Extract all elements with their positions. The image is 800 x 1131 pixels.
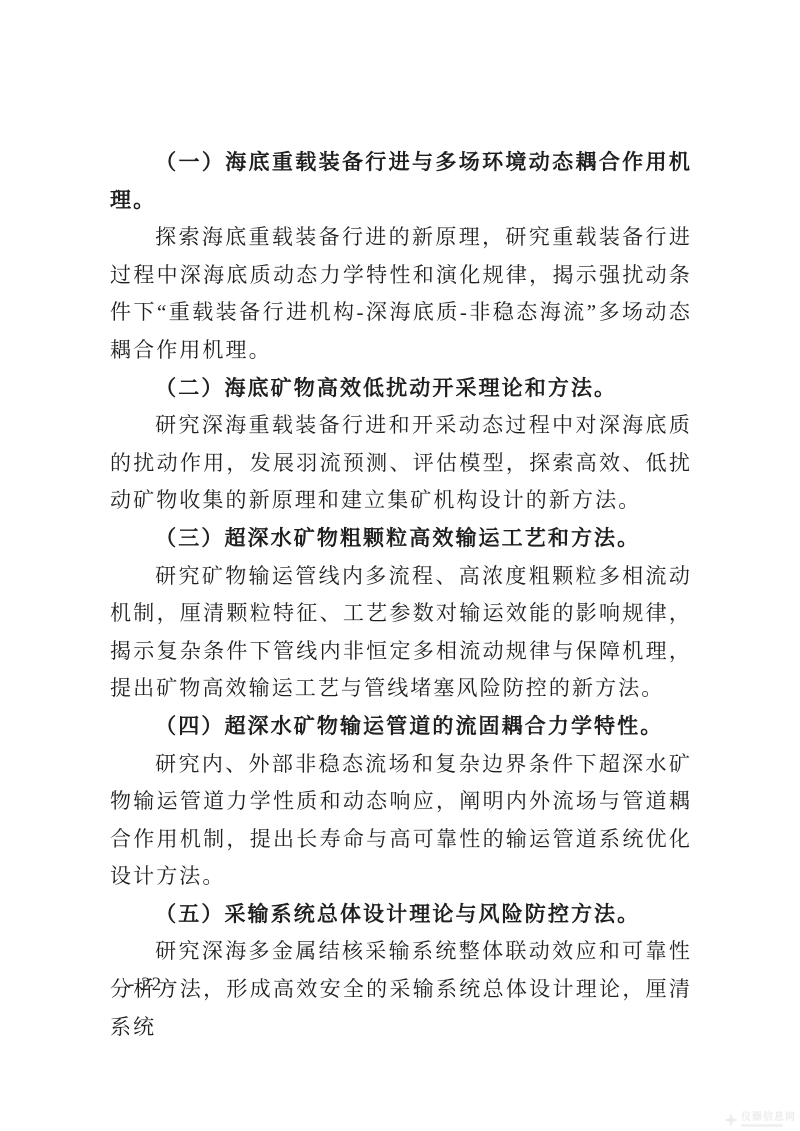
section-4-heading: （四）超深水矿物输运管道的流固耦合力学特性。 (110, 708, 692, 746)
section-2-body: 研究深海重载装备行进和开采动态过程中对深海底质的扰动作用，发展羽流预测、评估模型… (110, 407, 692, 520)
section-5-heading: （五）采输系统总体设计理论与风险防控方法。 (110, 896, 692, 934)
watermark-subline (741, 1124, 783, 1127)
section-1-heading: （一）海底重载装备行进与多场环境动态耦合作用机理。 (110, 144, 692, 219)
section-5-body: 研究深海多金属结核采输系统整体联动效应和可靠性分析方法，形成高效安全的采输系统总… (110, 933, 692, 1046)
section-2-heading: （二）海底矿物高效低扰动开采理论和方法。 (110, 370, 692, 408)
section-3-body: 研究矿物输运管线内多流程、高浓度粗颗粒多相流动机制，厘清颗粒特征、工艺参数对输运… (110, 558, 692, 708)
section-3-heading: （三）超深水矿物粗颗粒高效输运工艺和方法。 (110, 520, 692, 558)
section-1-body: 探索海底重载装备行进的新原理，研究重载装备行进过程中深海底质动态力学特性和演化规… (110, 219, 692, 369)
watermark: 仪器信息网 (724, 1113, 796, 1127)
document-body: （一）海底重载装备行进与多场环境动态耦合作用机理。 探索海底重载装备行进的新原理… (110, 144, 692, 1046)
watermark-text: 仪器信息网 (741, 1113, 796, 1123)
page-number: - 22 - (128, 974, 175, 996)
document-page: （一）海底重载装备行进与多场环境动态耦合作用机理。 探索海底重载装备行进的新原理… (0, 0, 800, 1131)
watermark-logo-icon (724, 1113, 738, 1127)
section-4-body: 研究内、外部非稳态流场和复杂边界条件下超深水矿物输运管道力学性质和动态响应，阐明… (110, 746, 692, 896)
